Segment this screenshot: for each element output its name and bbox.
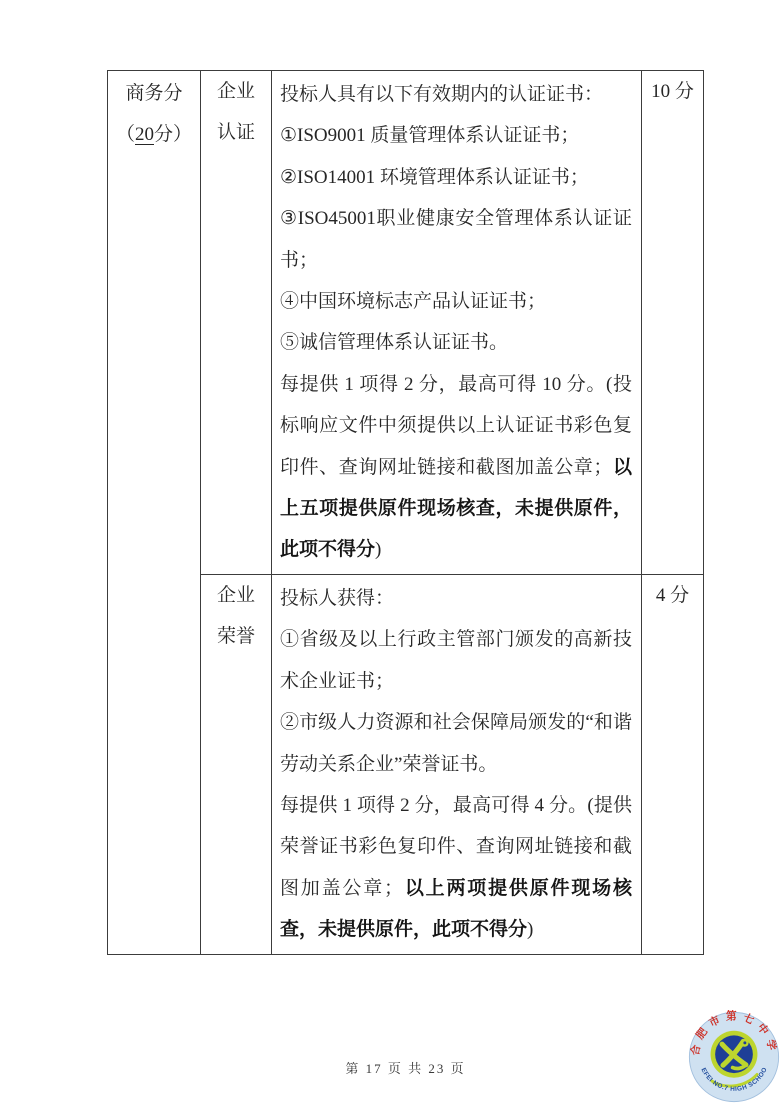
text-run: ②ISO14001 环境管理体系认证证书； — [280, 167, 589, 188]
text-run: 企业 — [217, 585, 255, 606]
school-logo: 合肥市第七中学 HEFEI NO.7 HIGH SCHOOL — [688, 1010, 780, 1104]
text-run: ③ISO45001职业健康安全管理体系认证证书； — [280, 208, 632, 270]
text-run: ①ISO9001 质量管理体系认证证书； — [280, 125, 579, 146]
category-cell-enterprise-honor: 企业荣誉 — [201, 574, 272, 954]
school-logo-badge-icon: 合肥市第七中学 HEFEI NO.7 HIGH SCHOOL — [688, 1010, 780, 1104]
text-run: ) — [527, 919, 533, 940]
text-run: ) — [375, 539, 381, 560]
business-score-group-cell: 商务分（20分） — [108, 71, 201, 955]
text-run: ⑤诚信管理体系认证证书。 — [280, 332, 508, 353]
text-run: 商务分 — [125, 83, 182, 104]
page-number: 第 17 页 共 23 页 — [30, 1058, 781, 1080]
text-run: ④中国环境标志产品认证证书； — [280, 291, 546, 312]
score-cell-honor: 4 分 — [642, 574, 704, 954]
text-run: 每提供 1 项得 2 分，最高可得 10 分。(投标响应文件中须提供以上认证证书… — [280, 374, 632, 478]
text-run: ①省级及以上行政主管部门颁发的高新技术企业证书； — [280, 629, 632, 691]
text-run: 分） — [154, 124, 192, 145]
text-run: 20 — [135, 124, 154, 145]
score-cell-certification: 10 分 — [642, 71, 704, 575]
document-page: 商务分（20分） 企业认证 投标人具有以下有效期内的认证证书：①ISO9001 … — [0, 0, 781, 1106]
text-run: 荣誉 — [217, 626, 255, 647]
text-run: 企业 — [217, 81, 255, 102]
table-row: 商务分（20分） 企业认证 投标人具有以下有效期内的认证证书：①ISO9001 … — [108, 71, 704, 575]
category-cell-enterprise-certification: 企业认证 — [201, 71, 272, 575]
text-run: ②市级人力资源和社会保障局颁发的“和谐劳动关系企业”荣誉证书。 — [280, 712, 632, 774]
bird-eye — [743, 1041, 746, 1044]
text-run: 投标人具有以下有效期内的认证证书： — [280, 84, 603, 105]
text-run: （ — [116, 124, 135, 145]
text-run: 投标人获得： — [280, 588, 394, 609]
scoring-table: 商务分（20分） 企业认证 投标人具有以下有效期内的认证证书：①ISO9001 … — [107, 70, 704, 955]
text-run: 认证 — [217, 122, 255, 143]
criteria-cell-honor: 投标人获得：①省级及以上行政主管部门颁发的高新技术企业证书；②市级人力资源和社会… — [272, 574, 642, 954]
criteria-cell-certification: 投标人具有以下有效期内的认证证书：①ISO9001 质量管理体系认证证书；②IS… — [272, 71, 642, 575]
